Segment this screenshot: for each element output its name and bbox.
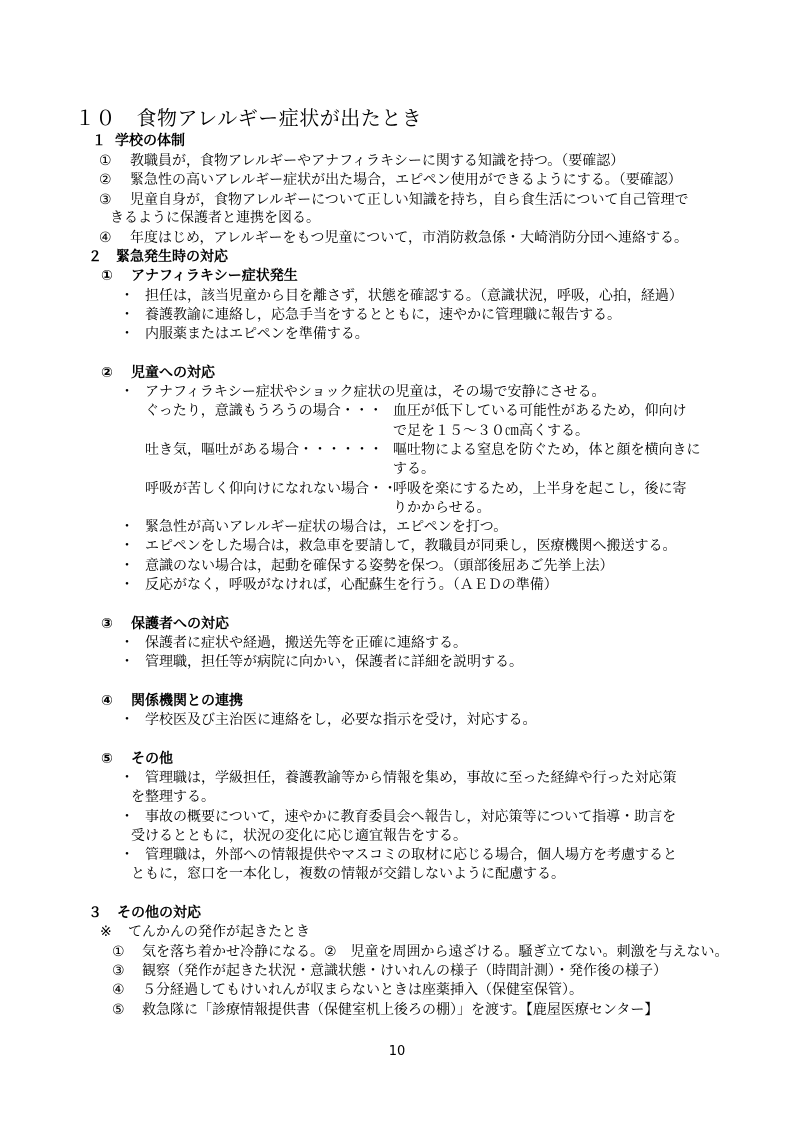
bullet-icon: ・ — [120, 556, 134, 576]
bullet-item: 管理職は，学級担任，養護教諭等から情報を集め，事故に至った経緯や行った対応策 — [145, 768, 676, 788]
list-item-continuation: きるように保護者と連携を図る。 — [110, 208, 320, 228]
case-action: 血圧が低下している可能性があるため，仰向け — [393, 401, 686, 421]
item-marker: ① — [112, 942, 125, 962]
bullet-icon: ・ — [120, 768, 134, 788]
bullet-icon: ・ — [120, 710, 134, 730]
case-action: 呼吸を楽にするため，上半身を起こし，後に寄 — [393, 479, 686, 499]
item-marker: ② — [99, 170, 112, 190]
bullet-item: エピペンをした場合は，救急車を要請して，教職員が同乗し，医療機関へ搬送する。 — [145, 536, 676, 556]
bullet-item: 管理職，担任等が病院に向かい，保護者に詳細を説明する。 — [145, 652, 523, 672]
note-asterisk-icon: ※ — [100, 922, 112, 942]
bullet-icon: ・ — [120, 324, 134, 344]
subsection-marker: ① — [101, 266, 113, 286]
bullet-item: 内服薬またはエピペンを準備する。 — [145, 324, 369, 344]
list-item: 教職員が，食物アレルギーやアナフィラキシーに関する知識を持つ。（要確認） — [130, 151, 624, 171]
bullet-icon: ・ — [120, 536, 134, 556]
bullet-icon: ・ — [120, 517, 134, 537]
bullet-item: アナフィラキシー症状やショック症状の児童は，その場で安静にさせる。 — [145, 382, 605, 402]
list-item: 年度はじめ，アレルギーをもつ児童について，市消防救急係・大崎消防分団へ連絡する。 — [130, 228, 688, 248]
list-item: 救急隊に「診療情報提供書（保健室机上後ろの棚）」を渡す。【鹿屋医療センター】 — [142, 1000, 658, 1020]
case-action-continuation: で足を１５～３０㎝高くする。 — [393, 421, 589, 441]
subsection-marker: ③ — [101, 614, 113, 634]
bullet-icon: ・ — [120, 845, 134, 865]
bullet-item: 保護者に症状や経過，搬送先等を正確に連絡する。 — [145, 633, 467, 653]
list-item: 児童自身が，食物アレルギーについて正しい知識を持ち，自ら食生活について自己管理で — [130, 190, 689, 210]
subsection-marker: ④ — [101, 691, 113, 711]
list-item: 気を落ち着かせ冷静になる。② 児童を周囲から遠ざける。騒ぎ立てない。刺激を与えな… — [142, 942, 729, 962]
item-marker: ④ — [99, 228, 112, 248]
list-item: 緊急性の高いアレルギー症状が出た場合，エピペン使用ができるようにする。（要確認） — [130, 170, 682, 190]
bullet-item: 事故の概要について，速やかに教育委員会へ報告し，対応策等について指導・助言を — [145, 807, 676, 827]
item-marker: ① — [99, 151, 112, 171]
document-page: １０ 食物アレルギー症状が出たとき １ 学校の体制 ① 教職員が，食物アレルギー… — [0, 0, 794, 1122]
bullet-item: 養護教諭に連絡し，応急手当をするとともに，速やかに管理職に報告する。 — [145, 305, 621, 325]
bullet-item: 管理職は，外部への情報提供やマスコミの取材に応じる場合，個人場方を考慮すると — [145, 845, 677, 865]
page-title: １０ 食物アレルギー症状が出たとき — [75, 105, 422, 131]
item-marker: ⑤ — [112, 1000, 125, 1020]
subsection-heading: 児童への対応 — [131, 363, 215, 383]
subsection-heading: 関係機関との連携 — [131, 691, 243, 711]
case-condition: ぐったり，意識もうろうの場合・・・ — [145, 401, 383, 421]
page-number: 10 — [377, 1043, 417, 1061]
note-text: てんかんの発作が起きたとき — [128, 922, 310, 942]
section-2-heading: 緊急発生時の対応 — [116, 247, 228, 267]
bullet-item: 学校医及び主治医に連絡をし，必要な指示を受け，対応する。 — [145, 710, 536, 730]
subsection-heading: その他 — [131, 749, 173, 769]
case-action-continuation: りかからせる。 — [393, 498, 491, 518]
case-action-continuation: する。 — [393, 459, 435, 479]
bullet-item: 緊急性が高いアレルギー症状の場合は，エピペンを打つ。 — [145, 517, 507, 537]
section-3-number: ３ — [88, 903, 102, 923]
bullet-item: 反応がなく，呼吸がなければ，心配蘇生を行う。（ＡＥＤの準備） — [145, 575, 558, 595]
section-1-heading: 学校の体制 — [115, 131, 185, 151]
subsection-heading: アナフィラキシー症状発生 — [131, 266, 298, 286]
section-3-heading: その他の対応 — [117, 903, 201, 923]
bullet-item-continuation: を整理する。 — [131, 787, 215, 807]
bullet-item-continuation: 受けるとともに，状況の変化に応じ適宜報告をする。 — [131, 826, 467, 846]
list-item: ５分経過してもけいれんが収まらないときは座薬挿入（保健室保管）。 — [142, 980, 583, 1000]
bullet-icon: ・ — [120, 575, 134, 595]
bullet-item: 意識のない場合は，起動を確保する姿勢を保つ。（頭部後屈あご先挙上法） — [145, 556, 613, 576]
bullet-icon: ・ — [120, 633, 134, 653]
bullet-item: 担任は，該当児童から目を離さず，状態を確認する。（意識状況，呼吸，心拍，経過） — [145, 286, 683, 306]
bullet-icon: ・ — [120, 807, 134, 827]
bullet-icon: ・ — [120, 652, 134, 672]
item-marker: ③ — [99, 190, 112, 210]
case-condition: 呼吸が苦しく仰向けになれない場合・・ — [145, 479, 397, 499]
bullet-icon: ・ — [120, 305, 134, 325]
bullet-icon: ・ — [120, 286, 134, 306]
item-marker: ④ — [112, 980, 125, 1000]
item-marker: ③ — [112, 961, 125, 981]
bullet-icon: ・ — [120, 382, 134, 402]
section-2-number: ２ — [88, 247, 102, 267]
subsection-marker: ② — [101, 363, 113, 383]
subsection-marker: ⑤ — [101, 749, 113, 769]
case-action: 嘔吐物による窒息を防ぐため，体と顔を横向きに — [393, 440, 700, 460]
case-condition: 吐き気，嘔吐がある場合・・・・・・ — [145, 440, 383, 460]
subsection-heading: 保護者への対応 — [131, 614, 229, 634]
section-1-number: １ — [92, 131, 106, 151]
list-item: 観察（発作が起きた状況・意識状態・けいれんの様子（時間計測）・発作後の様子） — [142, 961, 667, 981]
bullet-item-continuation: ともに，窓口を一本化し，複数の情報が交錯しないように配慮する。 — [131, 864, 565, 884]
